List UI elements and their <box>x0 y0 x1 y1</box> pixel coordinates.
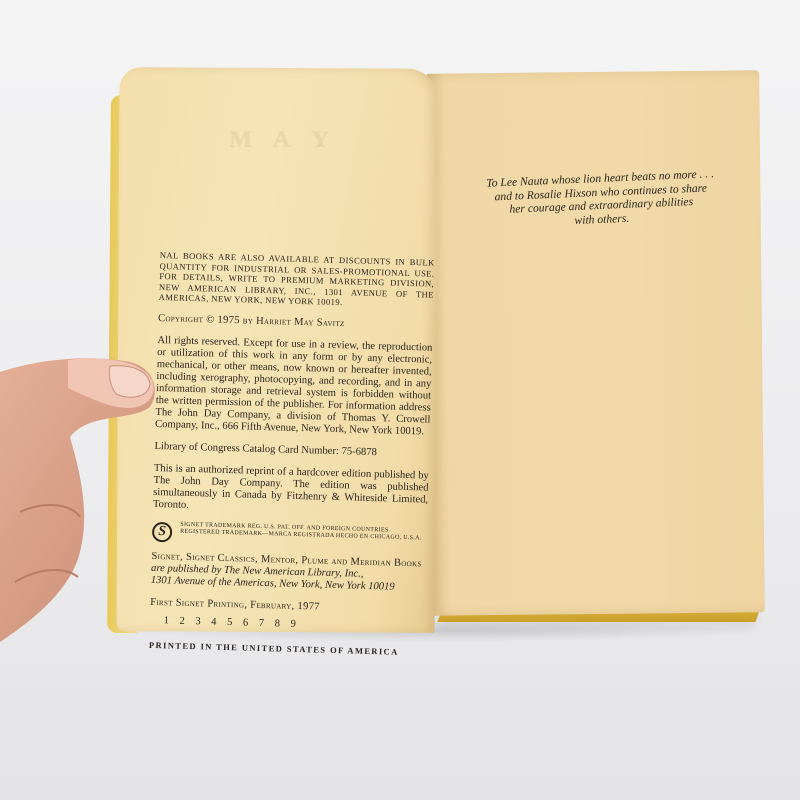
first-printing: First Signet Printing, February, 1977 <box>150 596 425 616</box>
catalog-number: Library of Congress Catalog Card Number:… <box>154 440 429 460</box>
show-through-text: ᴍ ᴀ ʏ <box>172 118 392 156</box>
nal-bulk-notice: NAL BOOKS ARE ALSO AVAILABLE AT DISCOUNT… <box>159 250 435 310</box>
printed-in: PRINTED IN THE UNITED STATES OF AMERICA <box>149 638 424 658</box>
print-line: 1 2 3 4 5 6 7 8 9 <box>149 614 424 634</box>
photo-scene: ᴍ ᴀ ʏ NAL BOOKS ARE ALSO AVAILABLE AT DI… <box>0 0 800 800</box>
hand <box>0 352 160 652</box>
trademark-row: S Signet trademark reg. U.S. Pat. Off. a… <box>152 520 427 549</box>
copyright-line: Copyright © 1975 by Harriet May Savitz <box>158 312 433 332</box>
rights-reserved: All rights reserved. Except for use in a… <box>155 334 433 438</box>
reprint-notice: This is an authorized reprint of a hardc… <box>153 462 429 518</box>
right-page <box>425 70 765 615</box>
trademark-text: Signet trademark reg. U.S. Pat. Off. and… <box>180 521 427 542</box>
copyright-page-text: NAL BOOKS ARE ALSO AVAILABLE AT DISCOUNT… <box>149 250 435 658</box>
